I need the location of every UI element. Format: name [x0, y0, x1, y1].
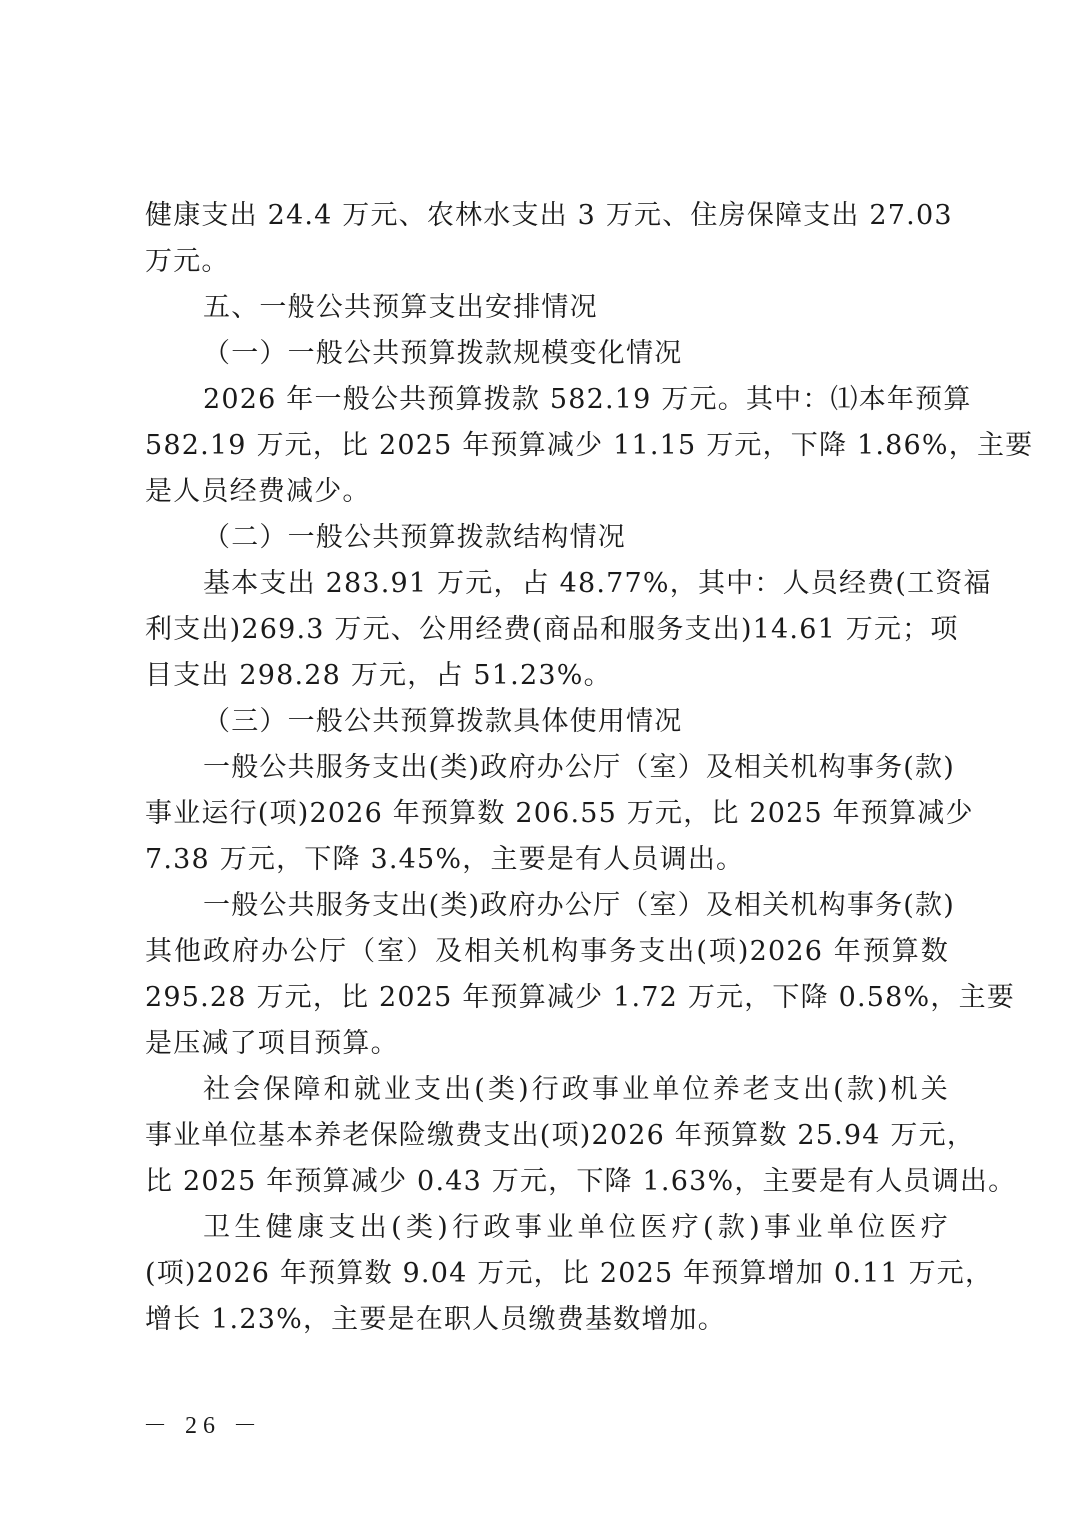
paragraph-usage-other-office: 一般公共服务支出(类)政府办公厅（室）及相关机构事务(款) 其他政府办公厅（室）… — [145, 883, 949, 1067]
paragraph-usage-medical: 卫生健康支出(类)行政事业单位医疗(款)事业单位医疗 (项)2026 年预算数 … — [145, 1205, 949, 1343]
text-line: 事业运行(项)2026 年预算数 206.55 万元，比 2025 年预算减少 — [145, 791, 949, 837]
text-line: 582.19 万元，比 2025 年预算减少 11.15 万元，下降 1.86%… — [145, 423, 949, 469]
text-line: 2026 年一般公共预算拨款 582.19 万元。其中：⑴本年预算 — [145, 377, 949, 423]
paragraph-usage-pension: 社会保障和就业支出(类)行政事业单位养老支出(款)机关 事业单位基本养老保险缴费… — [145, 1067, 949, 1205]
text-line: 其他政府办公厅（室）及相关机构事务支出(项)2026 年预算数 — [145, 929, 949, 975]
text-line: 万元。 — [145, 239, 949, 285]
text-line: 7.38 万元，下降 3.45%，主要是有人员调出。 — [145, 837, 949, 883]
text-line: 是压减了项目预算。 — [145, 1021, 949, 1067]
text-line: 事业单位基本养老保险缴费支出(项)2026 年预算数 25.94 万元， — [145, 1113, 949, 1159]
paragraph-structure: 基本支出 283.91 万元，占 48.77%，其中：人员经费(工资福 利支出)… — [145, 561, 949, 699]
text-line: 一般公共服务支出(类)政府办公厅（室）及相关机构事务(款) — [145, 745, 949, 791]
paragraph-scale-change: 2026 年一般公共预算拨款 582.19 万元。其中：⑴本年预算 582.19… — [145, 377, 949, 515]
subsection-heading: （三）一般公共预算拨款具体使用情况 — [145, 699, 949, 745]
subsection-heading: （一）一般公共预算拨款规模变化情况 — [145, 331, 949, 377]
text-line: 目支出 298.28 万元，占 51.23%。 — [145, 653, 949, 699]
text-line: 增长 1.23%，主要是在职人员缴费基数增加。 — [145, 1297, 949, 1343]
text-line: 是人员经费减少。 — [145, 469, 949, 515]
text-line: 健康支出 24.4 万元、农林水支出 3 万元、住房保障支出 27.03 — [145, 193, 949, 239]
section-heading: 五、一般公共预算支出安排情况 — [145, 285, 949, 331]
subsection-heading: （二）一般公共预算拨款结构情况 — [145, 515, 949, 561]
text-line: 比 2025 年预算减少 0.43 万元，下降 1.63%，主要是有人员调出。 — [145, 1159, 949, 1205]
text-line: 一般公共服务支出(类)政府办公厅（室）及相关机构事务(款) — [145, 883, 949, 929]
text-line: (项)2026 年预算数 9.04 万元，比 2025 年预算增加 0.11 万… — [145, 1251, 949, 1297]
text-line: 基本支出 283.91 万元，占 48.77%，其中：人员经费(工资福 — [145, 561, 949, 607]
text-line: 295.28 万元，比 2025 年预算减少 1.72 万元，下降 0.58%，… — [145, 975, 949, 1021]
text-line: 利支出)269.3 万元、公用经费(商品和服务支出)14.61 万元；项 — [145, 607, 949, 653]
paragraph-usage-operations: 一般公共服务支出(类)政府办公厅（室）及相关机构事务(款) 事业运行(项)202… — [145, 745, 949, 883]
text-line: 社会保障和就业支出(类)行政事业单位养老支出(款)机关 — [145, 1067, 949, 1113]
paragraph-health-agri-housing: 健康支出 24.4 万元、农林水支出 3 万元、住房保障支出 27.03 万元。 — [145, 193, 949, 285]
text-line: 卫生健康支出(类)行政事业单位医疗(款)事业单位医疗 — [145, 1205, 949, 1251]
page-number: － 26 － — [143, 1405, 263, 1440]
document-page: 健康支出 24.4 万元、农林水支出 3 万元、住房保障支出 27.03 万元。… — [145, 193, 949, 1343]
